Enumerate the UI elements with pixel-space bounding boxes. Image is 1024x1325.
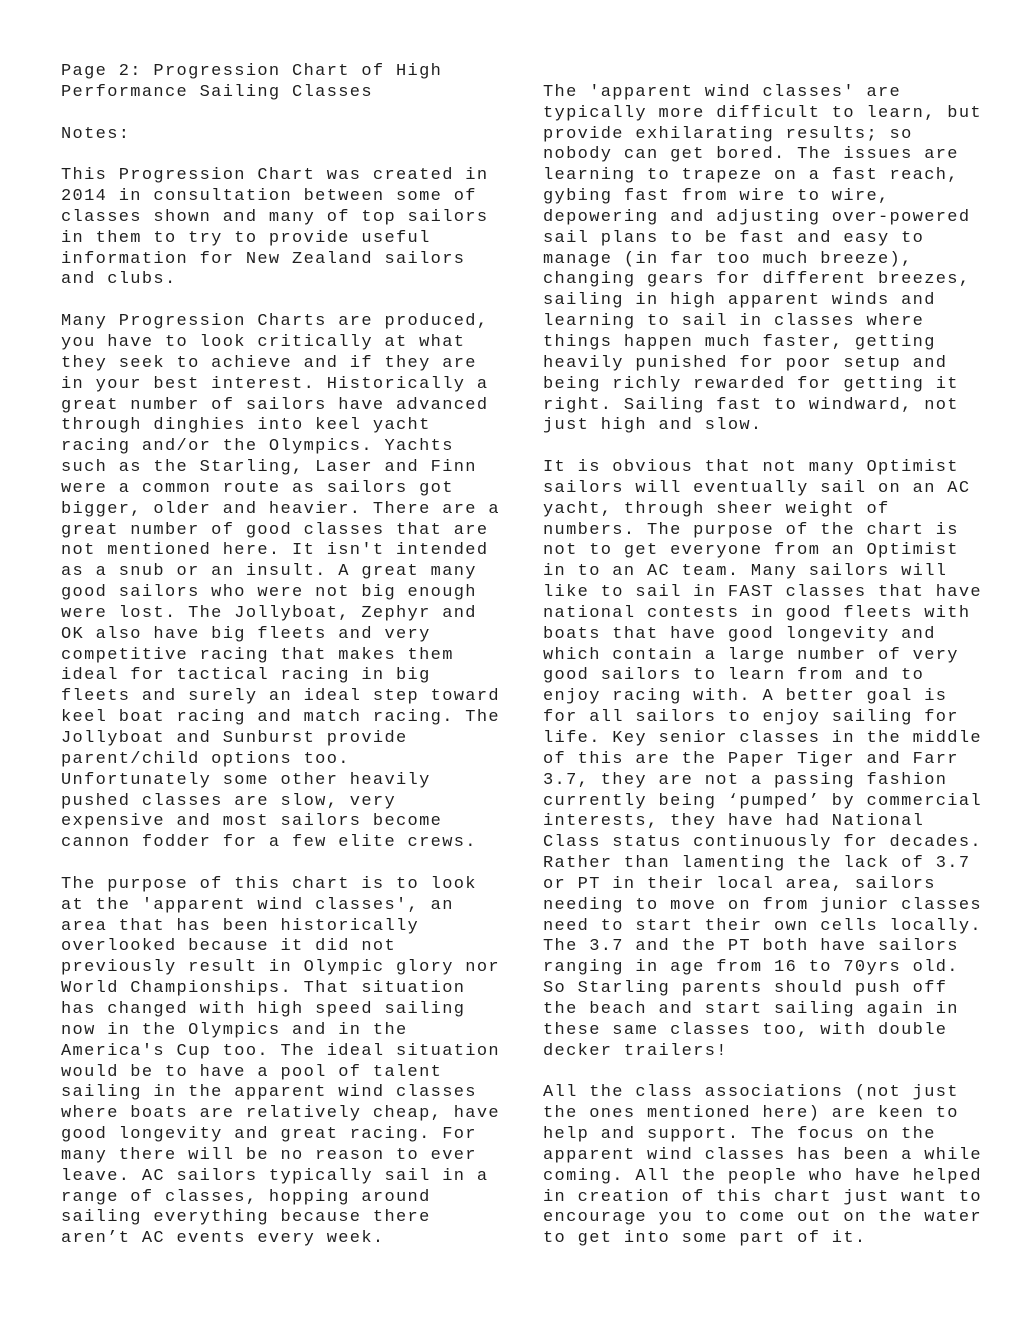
- progression-charts-paragraph: Many Progression Charts are produced, yo…: [61, 312, 500, 854]
- notes-heading: Notes:: [61, 125, 500, 146]
- optimist-sailors-paragraph: It is obvious that not many Optimist sai…: [543, 458, 982, 1062]
- class-associations-paragraph: All the class associations (not just the…: [543, 1083, 982, 1250]
- page-title: Page 2: Progression Chart of High Perfor…: [61, 62, 500, 104]
- intro-paragraph: This Progression Chart was created in 20…: [61, 166, 500, 291]
- apparent-wind-classes-paragraph: The 'apparent wind classes' are typicall…: [543, 83, 982, 437]
- document-page: Page 2: Progression Chart of High Perfor…: [0, 0, 1024, 1325]
- left-column: Page 2: Progression Chart of High Perfor…: [61, 62, 500, 1250]
- chart-purpose-paragraph: The purpose of this chart is to look at …: [61, 875, 500, 1250]
- right-column: The 'apparent wind classes' are typicall…: [543, 83, 982, 1250]
